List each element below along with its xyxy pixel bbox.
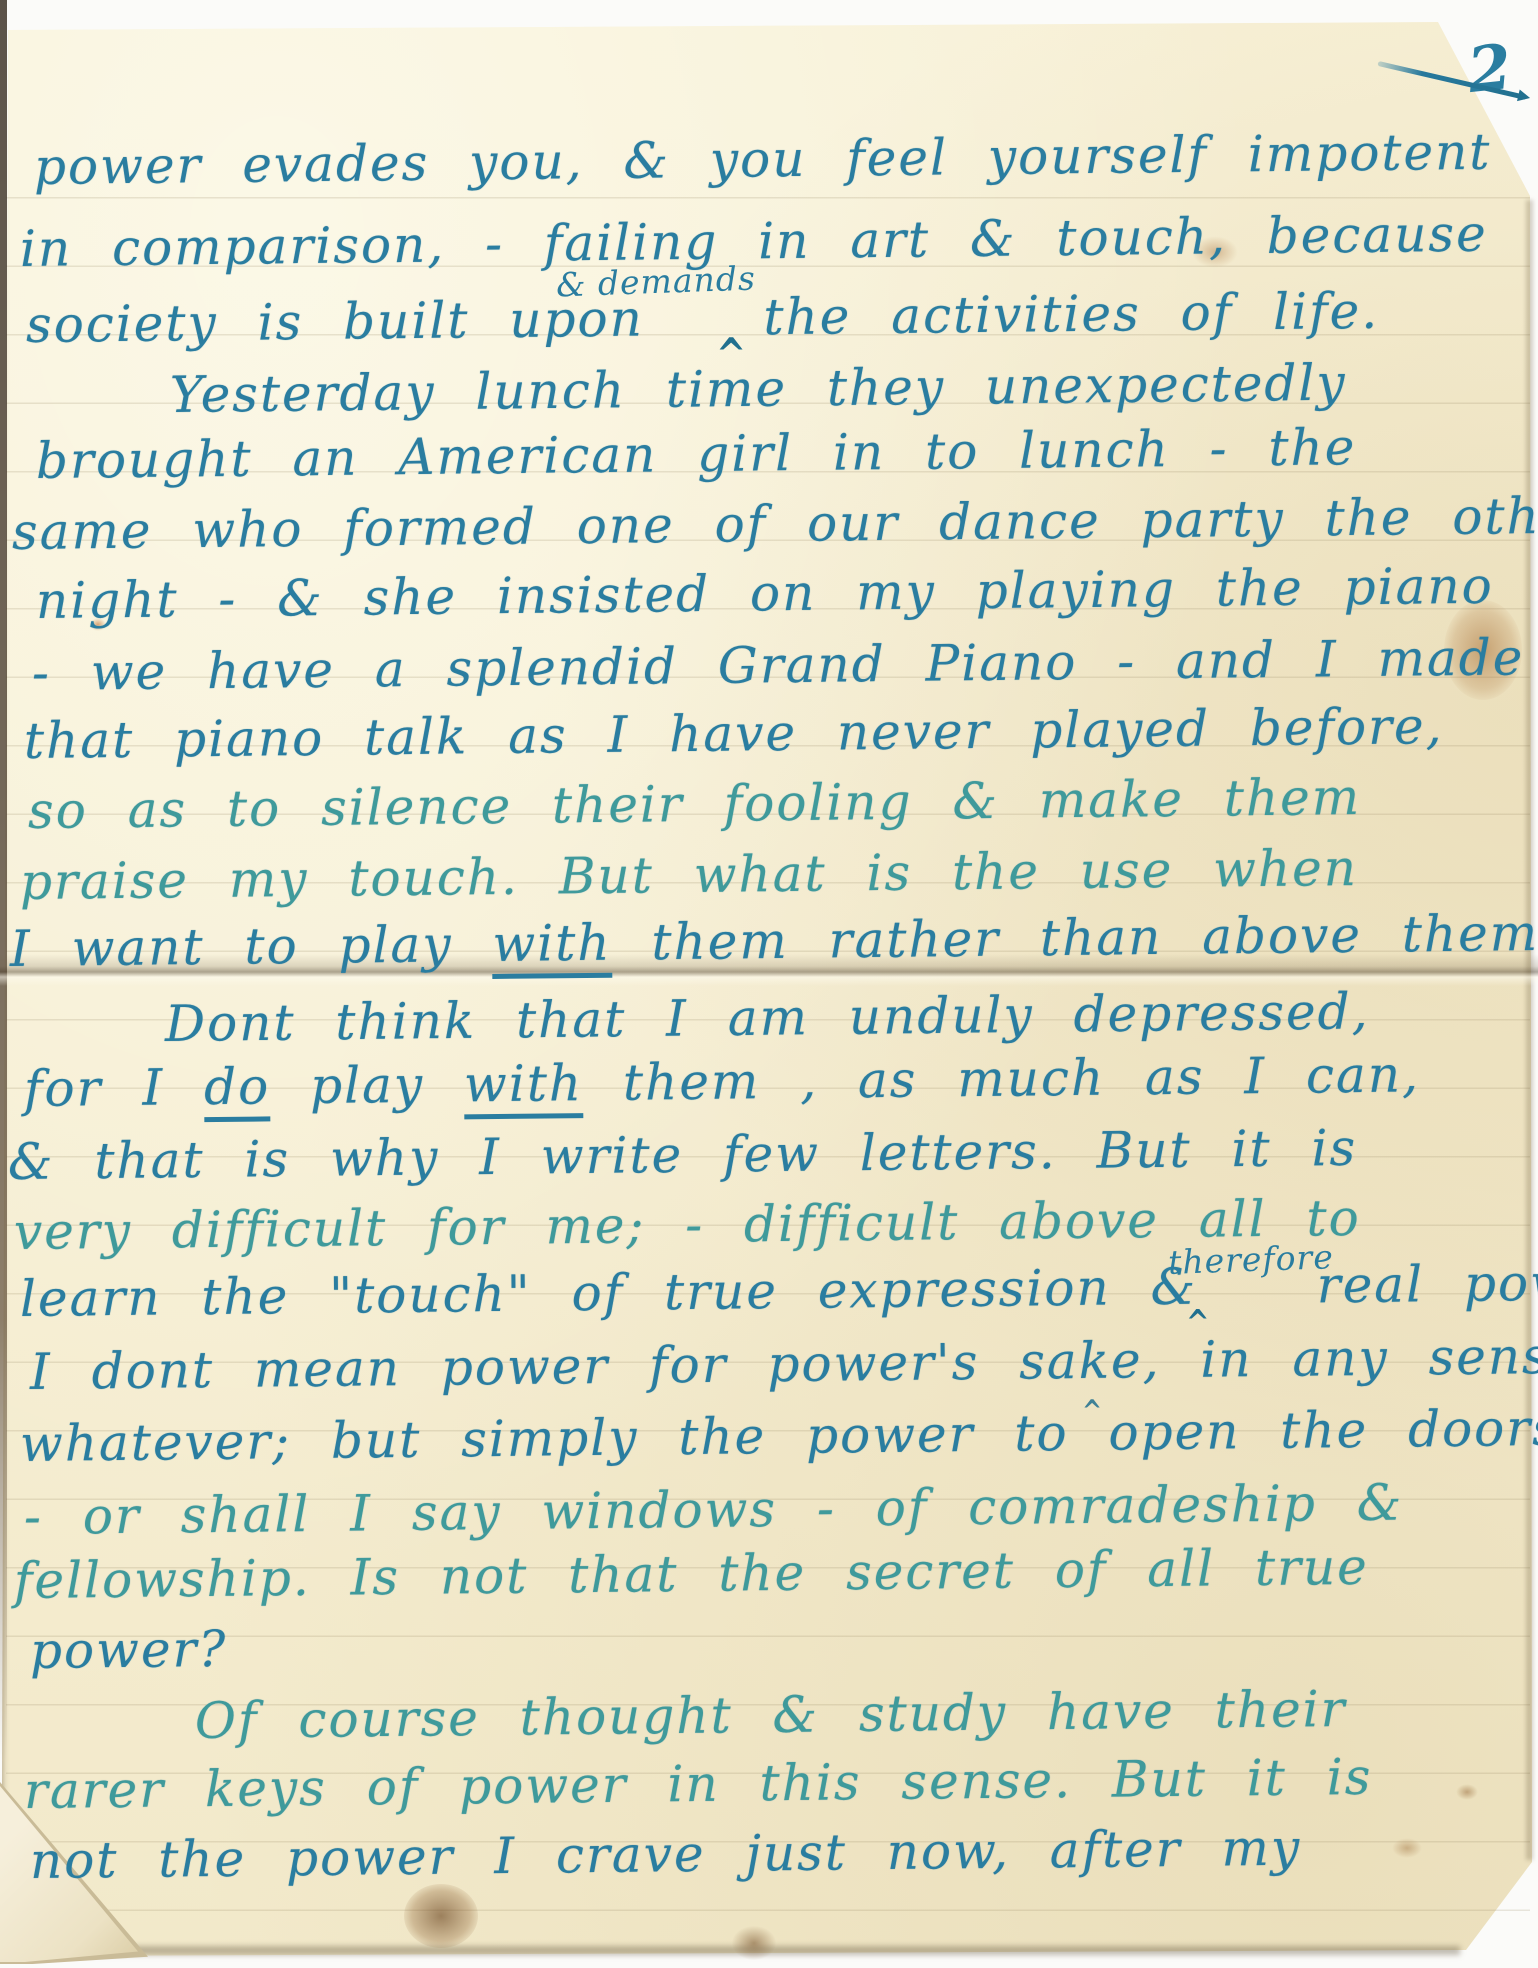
line-segment: I want to play: [10, 915, 493, 978]
line-segment: for I: [24, 1058, 205, 1118]
line-segment: play: [270, 1055, 464, 1115]
underlined-word: with: [464, 1054, 584, 1119]
letter-line-04: Yesterday lunch time they unexpectedly: [170, 354, 1347, 424]
letter-line-14: for I do play with them , as much as I c…: [24, 1045, 1421, 1118]
handwritten-text: power evades you, & you feel yourself im…: [0, 0, 1538, 1968]
letter-line-22: power?: [30, 1620, 228, 1680]
letter-line-25: not the power I crave just now, after my: [30, 1819, 1302, 1890]
letter-line-20: - or shall I say windows - of comradeshi…: [24, 1474, 1404, 1546]
inserted-word-demands: & demands: [555, 259, 756, 305]
letter-line-08: - we have a splendid Grand Piano - and I…: [32, 628, 1525, 702]
letter-line-15: & that is why I write few letters. But i…: [8, 1119, 1358, 1191]
line-segment: them , as much as I can,: [583, 1045, 1420, 1112]
letter-line-09: that piano talk as I have never played b…: [24, 697, 1444, 770]
letter-line-13: Dont think that I am unduly depressed,: [165, 982, 1370, 1053]
letter-line-18: I dont mean power for power's sake, in a…: [30, 1327, 1538, 1401]
letter-line-23: Of course thought & study have their: [195, 1680, 1347, 1750]
line-segment: them rather than above them.: [611, 904, 1538, 972]
scanned-letter-page: 2 power evades you, & you feel yourself …: [0, 0, 1538, 1968]
letter-line-16: very difficult for me; - difficult above…: [14, 1189, 1361, 1261]
inserted-word-therefore: therefore: [1167, 1237, 1334, 1282]
letter-line-05: brought an American girl in to lunch - t…: [36, 418, 1357, 490]
underlined-word: with: [492, 914, 612, 979]
letter-line-06: same who formed one of our dance party t…: [12, 486, 1538, 561]
letter-line-10: so as to silence their fooling & make th…: [28, 768, 1362, 840]
letter-line-01: power evades you, & you feel yourself im…: [34, 123, 1492, 196]
letter-line-19: whatever; but simply the power to open t…: [20, 1399, 1538, 1473]
letter-line-24: rarer keys of power in this sense. But i…: [24, 1748, 1373, 1820]
underlined-word: do: [204, 1057, 271, 1122]
letter-line-21: fellowship. Is not that the secret of al…: [14, 1538, 1369, 1610]
letter-line-07: night - & she insisted on my playing the…: [36, 557, 1494, 630]
letter-line-11: praise my touch. But what is the use whe…: [20, 839, 1359, 911]
letter-line-12: I want to play with them rather than abo…: [10, 904, 1538, 978]
